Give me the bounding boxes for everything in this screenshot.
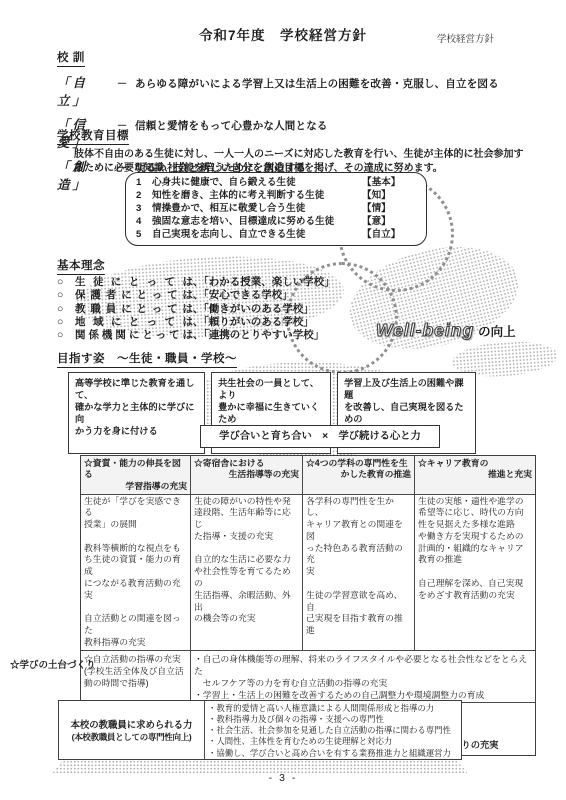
goal-tag: 【自立】 [362, 228, 416, 241]
principle-value: 、「連携のとりやすい学校」 [193, 330, 324, 341]
circle-bullet-icon: ○ [57, 304, 75, 315]
principle-item: ○ 地域にとっては 、「頼りがいのある学校」 [57, 317, 335, 328]
goal-tag: 【意】 [362, 215, 416, 228]
matrix-jiritsu-label-cell: ☆自立活動の指導の充実 (学校生活全体及び自立活 動の時間で指導) [81, 651, 191, 703]
goals-box: 1 心身共に健康で、自ら鍛える生徒 【基本】 2 知性を磨き、主体的に考え判断す… [125, 172, 427, 246]
principle-subject: 生徒にとっては [75, 277, 193, 288]
staff-competency-box: 本校の教職員に求められる力 (本校教職員としての専門性向上) ・教育的愛情と高い… [58, 700, 462, 760]
education-goals-intro: 肢体不自由のある生徒に対し、一人一人のニーズに対応した教育を行い、生徒が主体的に… [74, 148, 548, 175]
matrix-body-cell: 生徒の実態・適性や進学の 希望等に応じ、時代の方向 性を見据えた多様な進路 や働… [415, 495, 535, 651]
section-aim: 目指す姿 ～生徒・職員・学校～ [57, 349, 237, 368]
principle-value: 、「安心できる学校」 [193, 290, 293, 301]
goal-text: 情操豊かで、相互に敬愛し合う生徒 [152, 202, 362, 215]
circle-bullet-icon: ○ [57, 290, 75, 301]
corner-label: 学校経営方針 [437, 31, 494, 45]
principle-value: 、「働きがいのある学校」 [193, 304, 314, 315]
aim-box-students: 高等学校に準じた教育を通して、 確かな学力と主体的に学びに向 かう力を身に付ける [68, 372, 205, 454]
goal-tag: 【情】 [362, 202, 416, 215]
section-principles: 基本理念 ○ 生徒にとっては 、「わかる授業、楽しい学校」 ○ 保護者にとっては… [57, 256, 335, 341]
matrix-jiritsu-content-cell: ・自己の身体機能等の理解、将来のライフスタイルや必要となる社会性などをとらえた … [191, 651, 535, 703]
matrix-header-line2: かした教育の推進 [306, 469, 411, 481]
principle-subject: 地域にとっては [75, 317, 193, 328]
matrix-header-cell: ☆寄宿舎における 生活指導等の充実 [191, 456, 303, 495]
goal-item: 1 心身共に健康で、自ら鍛える生徒 【基本】 [136, 176, 416, 189]
goal-tag: 【知】 [362, 189, 416, 202]
matrix-header-cell: ☆キャリア教育の 推進と充実 [415, 456, 535, 495]
learning-banner: 学び合いと育ち合い × 学び続ける心と力 [200, 425, 440, 448]
goal-number: 1 [136, 176, 152, 189]
motto-desc: あらゆる障がいによる学習上又は生活上の困難を改善・克服し、自立を図る [135, 76, 499, 91]
document-page: 令和7年度 学校経営方針 学校経営方針 校 訓 「自 立」 － あらゆる障がいに… [0, 0, 566, 800]
wellbeing-stylized-text: Well-being [376, 320, 474, 340]
page-number: - 3 - [0, 772, 566, 784]
principle-subject: 保護者にとっては [75, 290, 193, 301]
goal-text: 強固な意志を培い、目標達成に努める生徒 [152, 215, 362, 228]
staff-title-line1: 本校の教職員に求められる力 [59, 717, 204, 731]
principle-item: ○ 関係機関にとっては 、「連携のとりやすい学校」 [57, 330, 335, 341]
principle-value: 、「わかる授業、楽しい学校」 [193, 277, 335, 288]
goal-item: 5 自己実現を志向し、自立できる生徒 【自立】 [136, 228, 416, 241]
circle-bullet-icon: ○ [57, 317, 75, 328]
goal-number: 3 [136, 202, 152, 215]
matrix-body-cell: 生徒が「学びを実感できる 授業」の展開 教科等横断的な視点をも ち生徒の資質・能… [81, 495, 191, 651]
matrix-header-line1: ☆寄宿舎における [194, 458, 299, 470]
principle-value: 、「頼りがいのある学校」 [193, 317, 314, 328]
principle-item: ○ 教職員にとっては 、「働きがいのある学校」 [57, 304, 335, 315]
motto-term: 「自 立」 [57, 73, 109, 109]
goal-number: 4 [136, 215, 152, 228]
education-goals-heading: 学校教育目標 [57, 127, 129, 145]
matrix-header-line1: ☆4つの学科の専門性を生 [306, 458, 411, 470]
wellbeing-suffix: の向上 [478, 325, 516, 339]
matrix-header-line2: 生活指導等の充実 [194, 469, 299, 481]
matrix-header-line1: ☆キャリア教育の [418, 458, 532, 470]
matrix-body-cell: 生徒の障がいの特性や発 達段階、生活年齢等に応じ た指導・支援の充実 自立的な生… [191, 495, 303, 651]
principle-item: ○ 生徒にとっては 、「わかる授業、楽しい学校」 [57, 277, 335, 288]
goal-number: 2 [136, 189, 152, 202]
goal-tag: 【基本】 [362, 176, 416, 189]
goal-number: 5 [136, 228, 152, 241]
motto-heading: 校 訓 [57, 49, 85, 67]
goal-item: 2 知性を磨き、主体的に考え判断する生徒 【知】 [136, 189, 416, 202]
matrix-header-cell: ☆資質・能力の伸長を図る 学習指導の充実 [81, 456, 191, 495]
principles-heading: 基本理念 [57, 257, 105, 275]
circle-bullet-icon: ○ [57, 277, 75, 288]
staff-competency-title: 本校の教職員に求められる力 (本校教職員としての専門性向上) [59, 701, 205, 759]
matrix-body-cell: 各学科の専門性を生かし、 キャリア教育との関連を図 った特色ある教育活動の充 実… [303, 495, 415, 651]
principle-item: ○ 保護者にとっては 、「安心できる学校」 [57, 290, 335, 301]
matrix-header-line2: 推進と充実 [418, 469, 532, 481]
principle-subject: 教職員にとっては [75, 304, 193, 315]
principle-subject: 関係機関にとっては [75, 330, 193, 341]
section-education-goals: 学校教育目標 肢体不自由のある生徒に対し、一人一人のニーズに対応した教育を行い、… [57, 126, 548, 175]
matrix-header-line2: 学習指導の充実 [84, 481, 187, 493]
circle-bullet-icon: ○ [57, 330, 75, 341]
wellbeing-slogan: Well-beingの向上 [376, 320, 516, 341]
foundation-side-label: ☆学びの土台づくり [10, 657, 96, 671]
goal-text: 知性を磨き、主体的に考え判断する生徒 [152, 189, 362, 202]
motto-dash: － [109, 76, 135, 91]
goal-item: 4 強固な意志を培い、目標達成に努める生徒 【意】 [136, 215, 416, 228]
motto-item: 「自 立」 － あらゆる障がいによる学習上又は生活上の困難を改善・克服し、自立を… [57, 73, 546, 109]
goal-text: 心身共に健康で、自ら鍛える生徒 [152, 176, 362, 189]
goal-item: 3 情操豊かで、相互に敬愛し合う生徒 【情】 [136, 202, 416, 215]
aim-heading: 目指す姿 ～生徒・職員・学校～ [57, 350, 237, 368]
matrix-header-line1: ☆資質・能力の伸長を図る [84, 458, 187, 481]
matrix-header-cell: ☆4つの学科の専門性を生 かした教育の推進 [303, 456, 415, 495]
staff-title-line2: (本校教職員としての専門性向上) [59, 731, 204, 743]
goal-text: 自己実現を志向し、自立できる生徒 [152, 228, 362, 241]
staff-competency-list: ・教育的愛情と高い人権意識による人間関係形成と指導の力 ・教科指導力及び個々の指… [205, 701, 461, 759]
